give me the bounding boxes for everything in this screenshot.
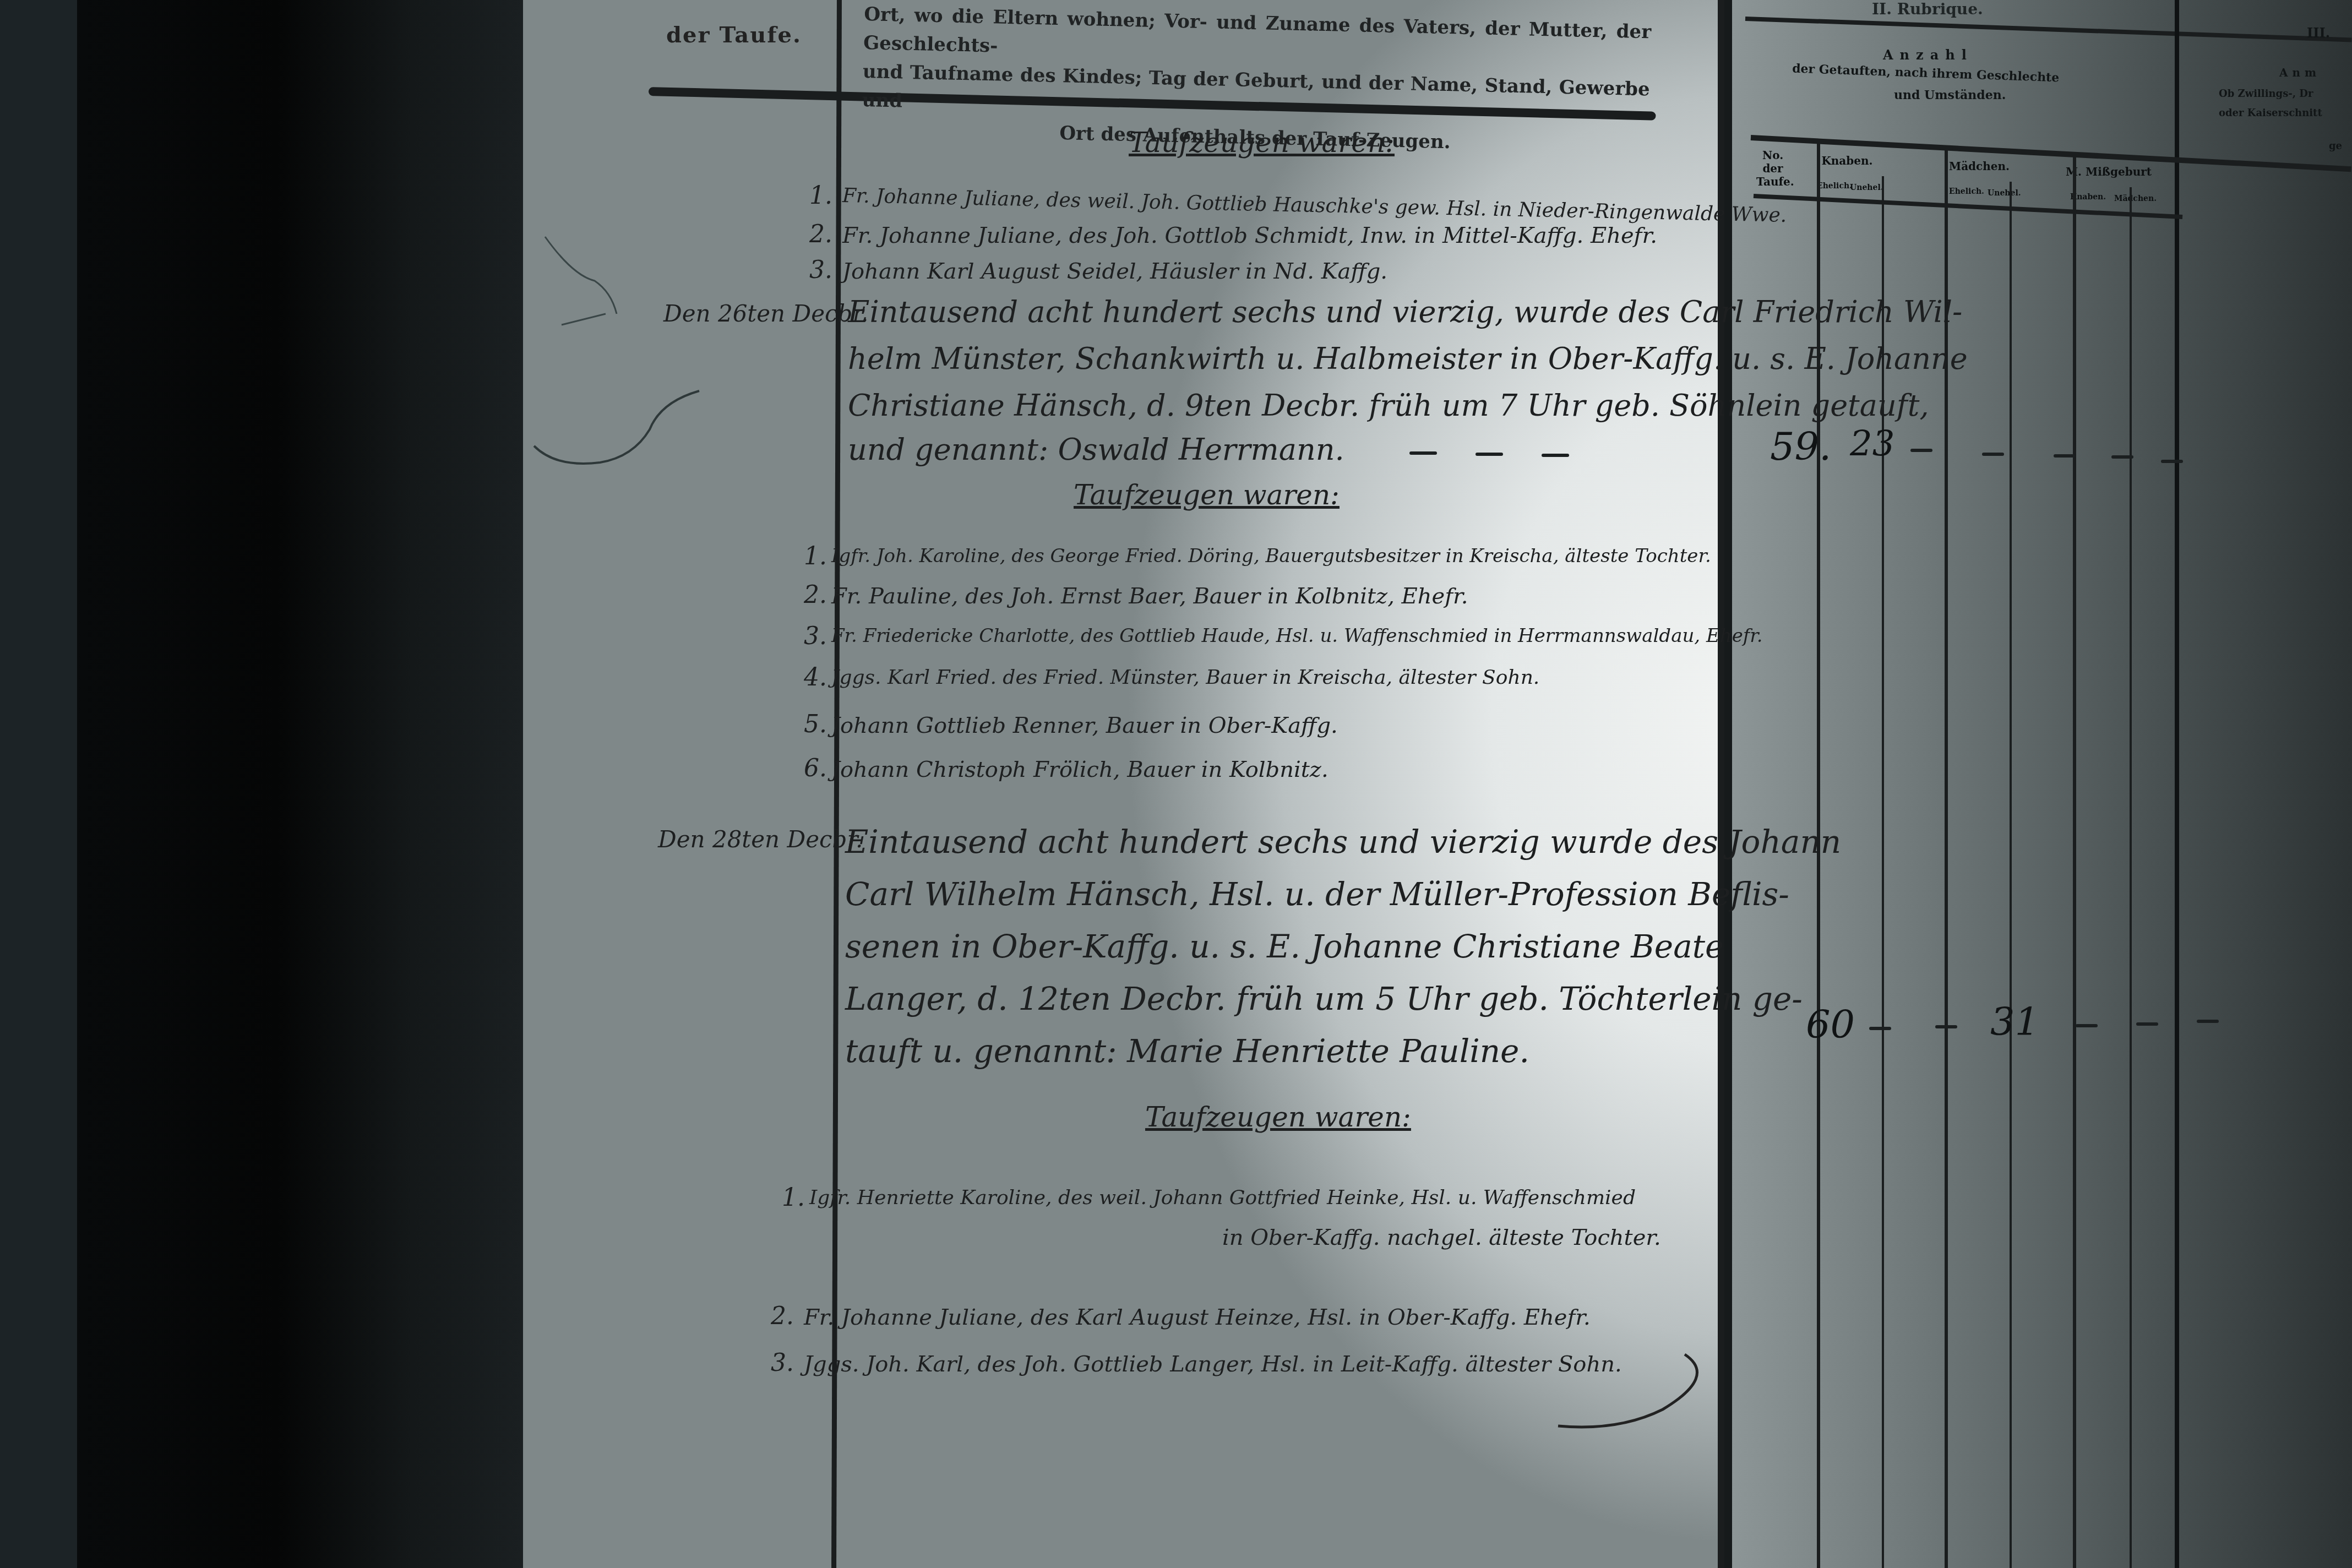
empty-cell-dash [1935,1025,1957,1028]
empty-cell-dash [2161,460,2183,463]
register-number: 60 [1806,1002,1855,1047]
far-right-numeral: III. [2307,25,2330,41]
margin-pencil-mark [529,231,683,396]
margin-pencil-mark [523,380,710,490]
empty-cell-dash [2111,455,2133,459]
witness-line: Johann Gottlieb Renner, Bauer in Ober-Ka… [831,713,1338,738]
witness-number: 2. [809,220,832,248]
witness-number: 6. [804,754,827,782]
record-line: Carl Wilhelm Hänsch, Hsl. u. der Müller-… [845,875,1789,913]
witness-number: 1. [782,1184,805,1212]
witness-line: Johann Christoph Frölich, Bauer in Kolbn… [831,757,1329,782]
filler-dash [1476,453,1503,456]
count-col-divider [2010,182,2012,1568]
witness-number: 3. [809,256,832,284]
record-line: tauft u. genannt: Marie Henriette Paulin… [845,1032,1529,1070]
baptism-date: Den 26ten Decbr. [663,300,868,327]
col-hdr-no: No. der Taufe. [1756,149,1789,188]
empty-cell-dash [1982,453,2004,456]
count-col-divider [2130,187,2132,1568]
witness-line: Igfr. Joh. Karoline, des George Fried. D… [831,545,1711,567]
record-line: senen in Ober-Kaffg. u. s. E. Johanne Ch… [845,928,1724,965]
witness-line: Igfr. Henriette Karoline, des weil. Joha… [809,1186,1636,1209]
witness-line: Fr. Johanne Juliane, des Karl August Hei… [804,1305,1591,1330]
record-line: und genannt: Oswald Herrmann. [848,432,1344,467]
dark-border-left [0,0,77,1568]
book-gutter [77,0,523,1568]
col-hdr-knaben: Knaben. [1817,154,1877,167]
register-page-right-columns [1718,0,2352,1568]
empty-cell-dash [2197,1020,2219,1023]
baptism-date: Den 28ten Decbr. [658,826,863,853]
count-col-divider [1945,149,1948,1568]
header-date-column: der Taufe. [666,22,802,48]
witnesses-title: Taufzeugen waren: [1074,479,1340,511]
witness-line: Johann Karl August Seidel, Häusler in Nd… [842,259,1387,284]
witness-number: 3. [804,622,827,650]
record-line: Eintausend acht hundert sechs und vierzi… [848,295,1962,329]
far-right-subtitle: Ob Zwillings-, Dr [2219,88,2313,100]
closing-flourish [1553,1343,1718,1431]
empty-cell-dash [2076,1024,2098,1027]
witness-line: Fr. Pauline, des Joh. Ernst Baer, Bauer … [831,584,1468,609]
register-number: 59. [1770,424,1831,469]
witness-line: Jggs. Joh. Karl, des Joh. Gottlieb Lange… [804,1352,1622,1377]
col-hdr-ehelich: Ehelich. [1949,187,1977,196]
right-section-subtitle: und Umständen. [1894,88,2006,102]
column-divider-right-edge [1718,0,1724,1568]
count-maedchen-ehelich: 31 [1990,999,2039,1044]
witness-line-continued: in Ober-Kaffg. nachgel. älteste Tochter. [1222,1225,1661,1250]
right-section-divider [2175,0,2179,1568]
empty-cell-dash [2136,1022,2158,1026]
witness-line: Fr. Friedericke Charlotte, des Gottlieb … [831,625,1763,647]
far-right-subtitle: ge [2329,140,2342,152]
empty-cell-dash [1869,1027,1891,1030]
witness-number: 3. [771,1349,794,1377]
count-col-divider [1882,176,1884,1568]
record-line: Langer, d. 12ten Decbr. früh um 5 Uhr ge… [845,980,1803,1017]
witnesses-title: Taufzeugen waren: [1145,1101,1411,1133]
witness-line: Jggs. Karl Fried. des Fried. Münster, Ba… [831,666,1539,689]
right-section-numeral: II. Rubrique. [1872,0,1983,18]
witness-number: 1. [804,542,827,570]
empty-cell-dash [1910,449,1932,452]
filler-dash [1542,454,1569,457]
record-line: Eintausend acht hundert sechs und vierzi… [845,823,1841,861]
count-col-divider [1817,143,1820,1568]
right-section-title: Anzahl [1883,47,1973,63]
col-hdr-ehelich: Ehelich. [1817,182,1844,190]
witness-number: 1. [809,182,832,210]
far-right-subtitle: oder Kaiserschnitt [2219,107,2322,119]
empty-cell-dash [2054,454,2076,458]
witness-number: 4. [804,663,827,692]
witness-number: 2. [804,581,827,609]
count-knaben-ehelich: 23 [1850,424,1894,465]
col-hdr-unehelich: Unehel. [1850,183,1877,192]
count-col-divider [2073,154,2076,1568]
witness-line: Fr. Johanne Juliane, des Joh. Gottlob Sc… [842,223,1657,248]
col-hdr-maedchen: Mädchen. [1949,160,2010,173]
witnesses-title: Taufzeugen waren: [1129,127,1395,159]
witness-number: 5. [804,710,827,738]
record-line: helm Münster, Schankwirth u. Halbmeister… [848,341,1968,376]
filler-dash [1409,451,1437,455]
record-line: Christiane Hänsch, d. 9ten Decbr. früh u… [848,388,1929,423]
witness-number: 2. [771,1302,794,1330]
far-right-title: Anm [2279,66,2321,79]
